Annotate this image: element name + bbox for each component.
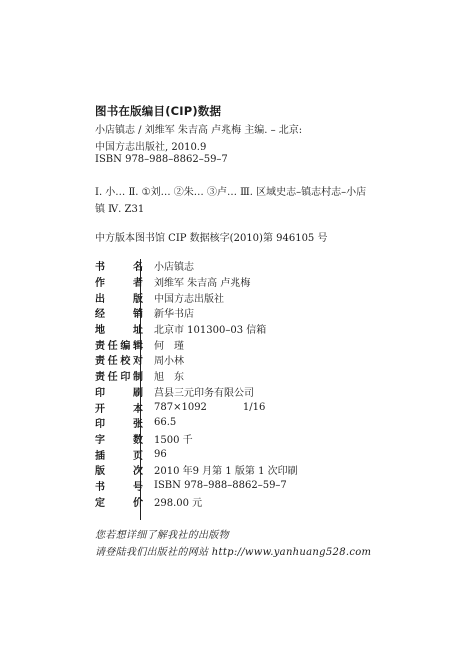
info-row: 定价298.00 元 (95, 493, 298, 509)
info-row: 开本787×10921/16 (95, 399, 298, 415)
info-label: 印张 (95, 415, 143, 430)
label-char: 辑 (133, 337, 143, 352)
info-value-text: 旭 东 (154, 372, 184, 383)
info-value-text: 中国方志出版社 (154, 294, 224, 305)
info-label: 作者 (95, 274, 143, 289)
info-row: 作者刘维军 朱吉高 卢兆梅 (95, 274, 298, 290)
info-value-text: 1500 千 (154, 435, 193, 446)
info-row: 书号ISBN 978–988–8862–59–7 (95, 478, 298, 494)
cip-verification-number: 中方版本图书馆 CIP 数据核字(2010)第 946105 号 (95, 229, 327, 244)
label-char: 编 (120, 337, 130, 352)
info-row: 责任校对周小林 (95, 352, 298, 368)
info-value-secondary: 1/16 (243, 402, 265, 413)
info-label: 开本 (95, 400, 143, 415)
info-label: 地址 (95, 321, 143, 336)
info-value-text: 周小林 (154, 356, 184, 367)
info-label: 责任印制 (95, 368, 143, 383)
info-value-text: 298.00 元 (154, 498, 202, 509)
info-value: 北京市 101300–03 信箱 (154, 321, 266, 336)
info-value: 66.5 (154, 417, 176, 428)
info-value: 小店镇志 (154, 258, 194, 273)
info-label: 印刷 (95, 384, 143, 399)
info-value-text: 96 (154, 449, 167, 460)
info-row: 字数1500 千 (95, 431, 298, 447)
info-row: 地址北京市 101300–03 信箱 (95, 321, 298, 337)
info-row: 书名小店镇志 (95, 258, 298, 274)
footer-website-line[interactable]: 请登陆我们出版社的网站 http://www.yanhuang528.com (95, 543, 371, 558)
info-row: 版次2010 年9 月第 1 版第 1 次印刷 (95, 462, 298, 478)
label-char: 任 (108, 337, 118, 352)
info-label: 定价 (95, 494, 143, 509)
label-char: 本 (133, 400, 143, 415)
label-char: 校 (120, 352, 130, 367)
label-char: 地 (95, 321, 105, 336)
label-char: 次 (133, 462, 143, 477)
label-char: 作 (95, 274, 105, 289)
info-value: 1500 千 (154, 431, 193, 446)
info-row: 责任印制旭 东 (95, 368, 298, 384)
info-label: 书名 (95, 258, 143, 273)
label-char: 插 (95, 447, 105, 462)
info-value-text: 何 瑾 (154, 341, 184, 352)
info-value: 新华书店 (154, 305, 194, 320)
copyright-page: 图书在版编目(CIP)数据 小店镇志 / 刘维军 朱吉高 卢兆梅 主编. – 北… (0, 0, 450, 656)
info-value: 中国方志出版社 (154, 290, 224, 305)
label-char: 印 (95, 415, 105, 430)
info-row: 印张66.5 (95, 415, 298, 431)
info-value-text: ISBN 978–988–8862–59–7 (154, 480, 287, 491)
info-value: 96 (154, 449, 167, 460)
label-char: 任 (108, 352, 118, 367)
info-row: 插页96 (95, 446, 298, 462)
label-char: 对 (133, 352, 143, 367)
info-label: 版次 (95, 462, 143, 477)
info-value: ISBN 978–988–8862–59–7 (154, 480, 287, 491)
info-value: 旭 东 (154, 368, 184, 383)
cip-title: 图书在版编目(CIP)数据 (95, 103, 221, 119)
info-value: 2010 年9 月第 1 版第 1 次印刷 (154, 462, 298, 477)
label-char: 版 (95, 462, 105, 477)
label-char: 书 (95, 258, 105, 273)
info-label: 责任编辑 (95, 337, 143, 352)
info-value-text: 小店镇志 (154, 262, 194, 273)
info-row: 出版中国方志出版社 (95, 289, 298, 305)
info-value: 周小林 (154, 352, 184, 367)
cip-isbn: ISBN 978–988–8862–59–7 (95, 154, 228, 165)
label-char: 字 (95, 431, 105, 446)
cip-line-1: 小店镇志 / 刘维军 朱吉高 卢兆梅 主编. – 北京: (95, 121, 302, 136)
info-label: 出版 (95, 290, 143, 305)
label-char: 责 (95, 368, 105, 383)
label-char: 任 (108, 368, 118, 383)
label-char: 销 (133, 305, 143, 320)
label-char: 版 (133, 290, 143, 305)
label-char: 经 (95, 305, 105, 320)
label-char: 号 (133, 478, 143, 493)
label-char: 印 (95, 384, 105, 399)
info-value: 何 瑾 (154, 337, 184, 352)
info-label: 字数 (95, 431, 143, 446)
info-value-text: 北京市 101300–03 信箱 (154, 325, 266, 336)
label-char: 印 (120, 368, 130, 383)
label-char: 价 (133, 494, 143, 509)
label-char: 责 (95, 337, 105, 352)
info-value: 刘维军 朱吉高 卢兆梅 (154, 274, 250, 289)
footer-line-1: 您若想详细了解我社的出版物 (95, 526, 229, 541)
info-value: 298.00 元 (154, 494, 202, 509)
info-value: 787×10921/16 (154, 402, 265, 413)
info-value-text: 新华书店 (154, 309, 194, 320)
info-value: 莒县三元印务有限公司 (154, 384, 254, 399)
label-char: 页 (133, 447, 143, 462)
label-char: 数 (133, 431, 143, 446)
label-char: 名 (133, 258, 143, 273)
info-value-text: 2010 年9 月第 1 版第 1 次印刷 (154, 466, 298, 477)
label-char: 制 (133, 368, 143, 383)
info-label: 经销 (95, 305, 143, 320)
info-label: 插页 (95, 447, 143, 462)
info-row: 印刷莒县三元印务有限公司 (95, 384, 298, 400)
info-label: 责任校对 (95, 352, 143, 367)
info-value-text: 莒县三元印务有限公司 (154, 388, 254, 399)
label-char: 张 (133, 415, 143, 430)
info-value-text: 66.5 (154, 417, 176, 428)
classification-line-2: 镇 Ⅳ. Z31 (95, 200, 144, 215)
info-value-text: 787×1092 (154, 402, 207, 413)
info-row: 经销新华书店 (95, 305, 298, 321)
label-char: 责 (95, 352, 105, 367)
label-char: 定 (95, 494, 105, 509)
cip-line-2: 中国方志出版社, 2010.9 (95, 138, 206, 153)
classification-line-1: Ⅰ. 小… Ⅱ. ①刘… ②朱… ③卢… Ⅲ. 区域史志–镇志村志–小店 (95, 183, 366, 198)
label-char: 者 (133, 274, 143, 289)
info-row: 责任编辑何 瑾 (95, 336, 298, 352)
info-label: 书号 (95, 478, 143, 493)
label-char: 刷 (133, 384, 143, 399)
publication-info-table: 书名小店镇志作者刘维军 朱吉高 卢兆梅出版中国方志出版社经销新华书店地址北京市 … (95, 258, 298, 509)
info-value-text: 刘维军 朱吉高 卢兆梅 (154, 278, 250, 289)
label-char: 书 (95, 478, 105, 493)
label-char: 出 (95, 290, 105, 305)
label-char: 址 (133, 321, 143, 336)
label-char: 开 (95, 400, 105, 415)
